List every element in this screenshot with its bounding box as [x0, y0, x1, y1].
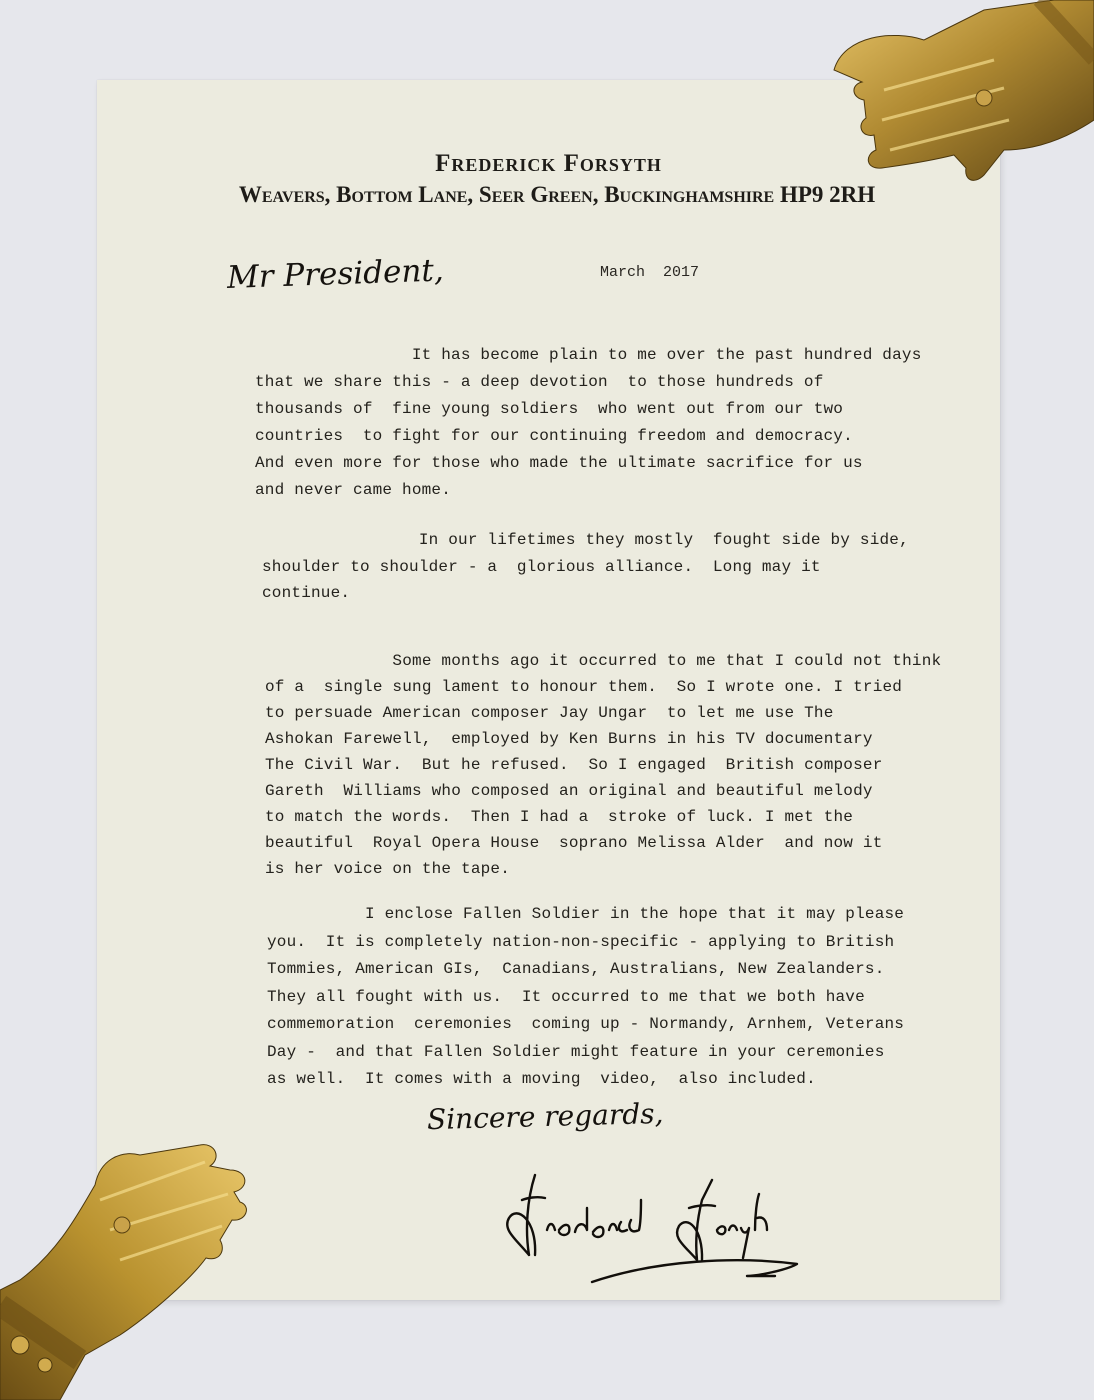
letter-paper: Frederick Forsyth Weavers, Bottom Lane, … — [97, 80, 1000, 1300]
body-paragraph-4: I enclose Fallen Soldier in the hope tha… — [267, 901, 904, 1094]
body-paragraph-2: In our lifetimes they mostly fought side… — [262, 527, 909, 607]
letter-date: March 2017 — [600, 264, 699, 281]
brass-hand-clip-top-right-icon — [804, 0, 1094, 190]
salutation-handwritten: Mr President, — [226, 252, 444, 296]
closing-handwritten: Sincere regards, — [427, 1097, 664, 1136]
body-paragraph-3: Some months ago it occurred to me that I… — [265, 648, 941, 882]
body-paragraph-1: It has become plain to me over the past … — [255, 342, 922, 504]
brass-hand-clip-bottom-left-icon — [0, 1130, 280, 1400]
signature-icon — [497, 1160, 827, 1290]
